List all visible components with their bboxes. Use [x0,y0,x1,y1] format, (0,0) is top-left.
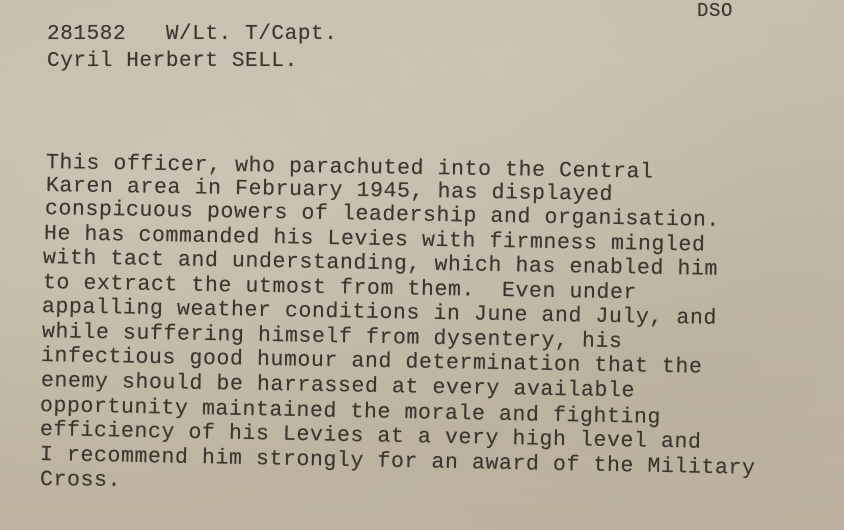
officer-name: Cyril Herbert SELL. [47,51,298,72]
citation-document: DSO 281582 W/Lt. T/Capt. Cyril Herbert S… [0,0,844,530]
service-number-rank: 281582 W/Lt. T/Capt. [47,24,337,45]
award-code: DSO [697,2,733,21]
citation-line: Cross. [40,470,121,492]
